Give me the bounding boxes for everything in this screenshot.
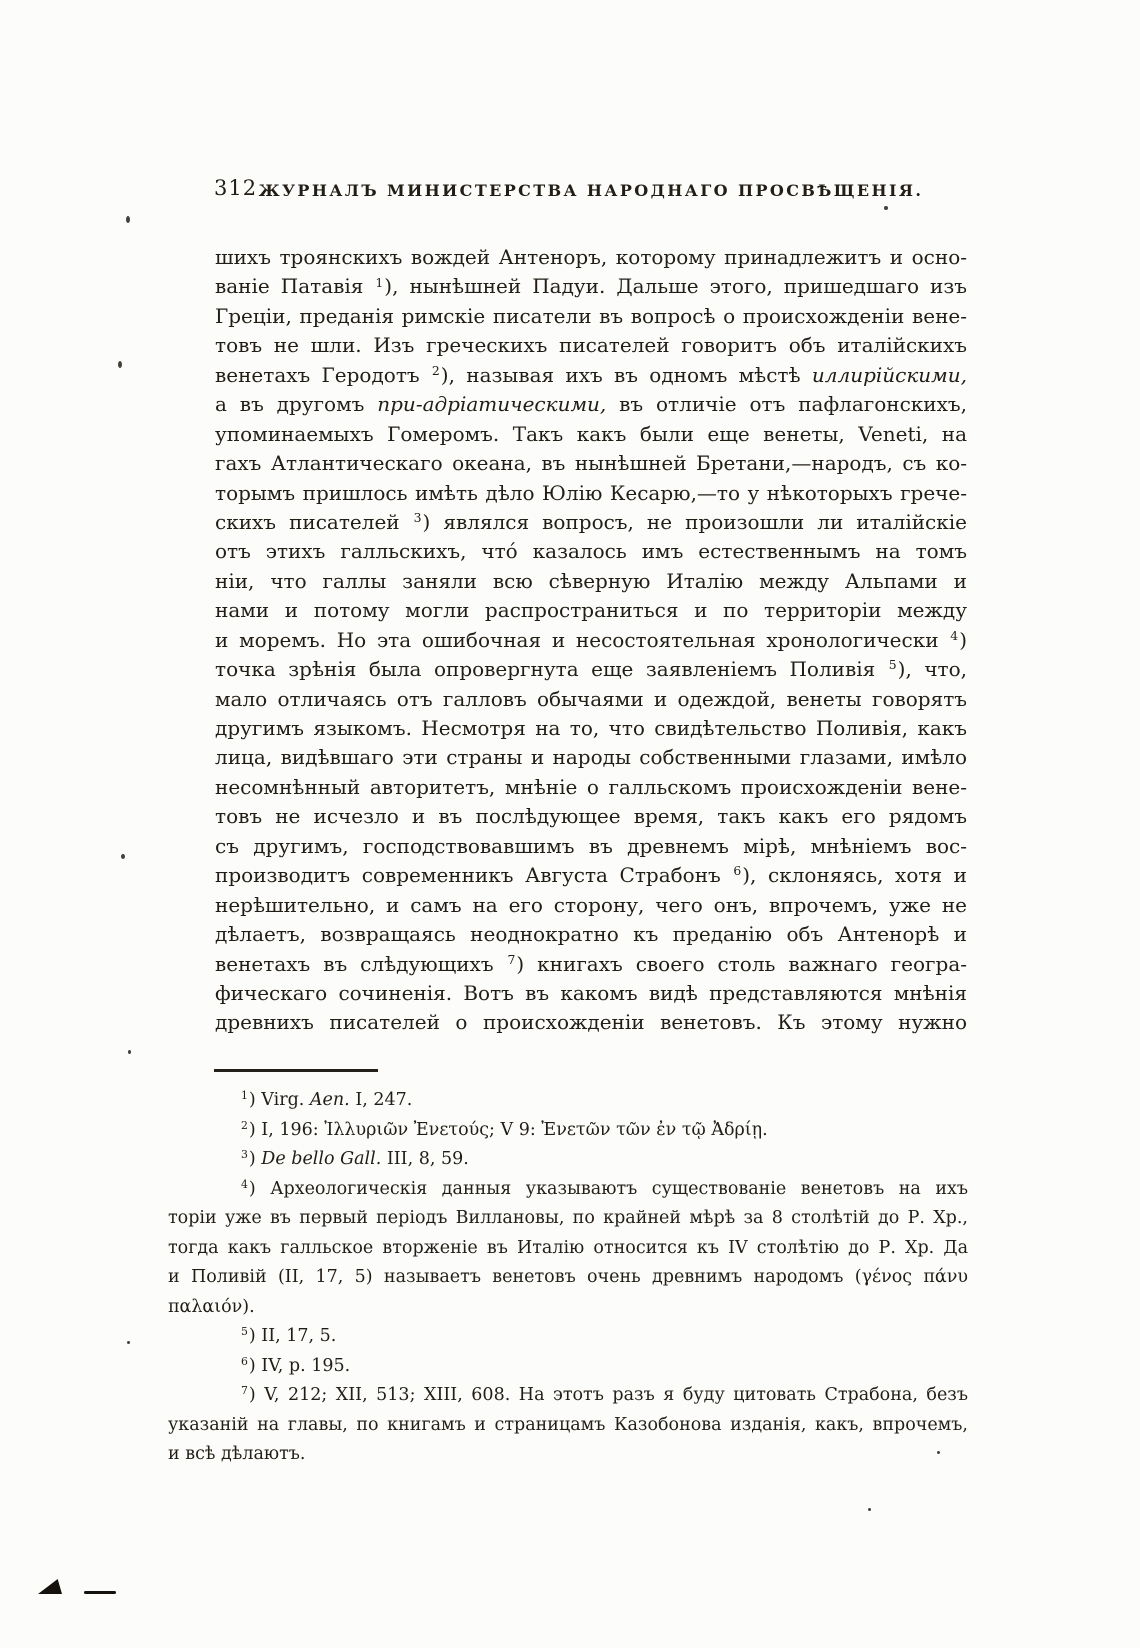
footnote-ref: 5 bbox=[889, 657, 897, 672]
text-segment: скихъ писателей bbox=[215, 510, 413, 534]
footnote-ref: 1 bbox=[375, 275, 383, 290]
scan-speck bbox=[127, 1341, 130, 1344]
text-line: Греціи, преданія римскіе писатели въ воп… bbox=[215, 302, 967, 331]
text-line: скихъ писателей 3) являлся вопросъ, не п… bbox=[215, 508, 967, 537]
text-segment: дѣлаетъ, возвращаясь неоднократно къ пре… bbox=[215, 922, 967, 946]
text-line: другимъ языкомъ. Несмотря на то, что сви… bbox=[215, 714, 967, 743]
text-segment: ), что, bbox=[898, 657, 967, 681]
text-segment: указаній на главы, по книгамъ и страница… bbox=[168, 1415, 968, 1435]
footnote-ref: 1 bbox=[241, 1089, 248, 1102]
text-line: товъ не исчезло и въ послѣдующее время, … bbox=[215, 802, 967, 831]
text-segment: древнихъ писателей о происхожденіи венет… bbox=[215, 1010, 967, 1034]
text-segment: лица, видѣвшаго эти страны и народы собс… bbox=[215, 745, 967, 769]
text-line: 1) Virg. Aen. I, 247. bbox=[168, 1086, 968, 1116]
text-segment: нерѣшительно, и самъ на его сторону, чег… bbox=[215, 893, 967, 917]
footnote-ref: 6 bbox=[733, 863, 741, 878]
text-line: точка зрѣнія была опровергнута еще заявл… bbox=[215, 655, 967, 684]
text-segment: товъ не шли. Изъ греческихъ писателей го… bbox=[215, 333, 967, 357]
footnote-ref: 5 bbox=[241, 1325, 248, 1338]
text-segment: торымъ пришлось имѣть дѣло Юлію Кесарю,—… bbox=[215, 481, 967, 505]
text-line: венетахъ Геродотъ 2), называя ихъ въ одн… bbox=[215, 361, 967, 390]
text-segment: и Поливій (II, 17, 5) называетъ венетовъ… bbox=[168, 1267, 968, 1287]
text-segment: ) Археологическія данныя указываютъ суще… bbox=[240, 1179, 968, 1205]
text-segment: ), нынѣшней Падуи. Дальше этого, пришедш… bbox=[384, 274, 967, 298]
footnote-ref: 3 bbox=[414, 510, 422, 525]
footnote-ref: 7 bbox=[508, 952, 516, 967]
text-segment: ) I, 196: Ἰλλυριῶν Ἐνετούς; V 9: Ἐνετῶν … bbox=[249, 1120, 768, 1140]
footnote-ref: 4 bbox=[241, 1178, 248, 1191]
text-segment: иллирійскими, bbox=[812, 363, 967, 387]
text-line: ваніе Патавія 1), нынѣшней Падуи. Дальше… bbox=[215, 272, 967, 301]
text-segment: и моремъ. Но эта ошибочная и несостоятел… bbox=[215, 628, 949, 652]
text-line: 6) IV, p. 195. bbox=[168, 1352, 968, 1382]
text-line: тогда какъ галльское вторженіе въ Италію… bbox=[168, 1234, 968, 1264]
text-segment: Греціи, преданія римскіе писатели въ воп… bbox=[215, 304, 967, 328]
text-segment: ваніе Патавія bbox=[215, 274, 374, 298]
text-line: нами и потому могли распространиться и п… bbox=[215, 596, 967, 625]
scanned-page: 312 ЖУРНАЛЪ МИНИСТЕРСТВА НАРОДНАГО ПРОСВ… bbox=[0, 0, 1140, 1648]
text-segment: мало отличаясь отъ галловъ обычаями и од… bbox=[215, 687, 967, 711]
text-segment: παλαιόν). bbox=[168, 1297, 255, 1317]
text-segment: въ отличіе отъ пафлагонскихъ, bbox=[606, 392, 967, 416]
text-segment: гахъ Атлантическаго океана, въ нынѣшней … bbox=[215, 451, 967, 475]
footnote-divider bbox=[214, 1069, 378, 1072]
text-line: древнихъ писателей о происхожденіи венет… bbox=[215, 1008, 967, 1037]
text-line: и моремъ. Но эта ошибочная и несостоятел… bbox=[215, 626, 967, 655]
text-segment: а въ другомъ bbox=[215, 392, 377, 416]
footnote-ref: 6 bbox=[241, 1355, 248, 1368]
scan-speck bbox=[884, 206, 888, 210]
text-line: товъ не шли. Изъ греческихъ писателей го… bbox=[215, 331, 967, 360]
text-line: 3) De bello Gall. III, 8, 59. bbox=[168, 1145, 968, 1175]
text-segment: III, 8, 59. bbox=[381, 1149, 469, 1169]
text-line: и Поливій (II, 17, 5) называетъ венетовъ… bbox=[168, 1263, 968, 1293]
text-line: лица, видѣвшаго эти страны и народы собс… bbox=[215, 743, 967, 772]
text-line: 2) I, 196: Ἰλλυριῶν Ἐνετούς; V 9: Ἐνετῶν… bbox=[168, 1116, 968, 1146]
text-line: указаній на главы, по книгамъ и страница… bbox=[168, 1411, 968, 1441]
scan-speck bbox=[121, 854, 125, 859]
text-line: производитъ современникъ Августа Страбон… bbox=[215, 861, 967, 890]
footnote-ref: 2 bbox=[432, 363, 440, 378]
text-line: и всѣ дѣлаютъ. bbox=[168, 1440, 968, 1470]
text-segment: ) bbox=[249, 1149, 261, 1169]
text-line: съ другимъ, господствовавшимъ въ древнем… bbox=[215, 832, 967, 861]
text-segment: ), склоняясь, хотя и bbox=[742, 863, 967, 887]
text-segment: тогда какъ галльское вторженіе въ Италію… bbox=[168, 1238, 968, 1258]
text-segment: нами и потому могли распространиться и п… bbox=[215, 598, 967, 625]
text-segment: ) IV, p. 195. bbox=[249, 1356, 350, 1376]
text-segment: при-адріатическими, bbox=[377, 392, 606, 416]
footnote-ref: 7 bbox=[241, 1384, 248, 1397]
text-line: нерѣшительно, и самъ на его сторону, чег… bbox=[215, 891, 967, 920]
footnote-ref: 4 bbox=[950, 628, 958, 643]
text-segment: ) книгахъ своего столь важнаго геогра- bbox=[516, 952, 967, 976]
text-segment: торіи уже въ первый періодъ Виллановы, п… bbox=[168, 1208, 968, 1228]
text-segment: ) II, 17, 5. bbox=[249, 1326, 336, 1346]
text-segment: ) Virg. bbox=[249, 1090, 310, 1110]
footnotes: 1) Virg. Aen. I, 247.2) I, 196: Ἰλλυριῶν… bbox=[168, 1086, 968, 1470]
text-segment: I, 247. bbox=[350, 1090, 413, 1110]
text-segment: венетахъ въ слѣдующихъ bbox=[215, 952, 507, 976]
text-segment: и всѣ дѣлаютъ. bbox=[168, 1444, 306, 1464]
scan-speck bbox=[126, 216, 130, 223]
text-line: а въ другомъ при-адріатическими, въ отли… bbox=[215, 390, 967, 419]
text-segment: венетахъ Геродотъ bbox=[215, 363, 431, 387]
body-text: шихъ троянскихъ вождей Антеноръ, котором… bbox=[215, 243, 967, 1038]
scan-mark-triangle bbox=[38, 1579, 62, 1594]
text-segment: ) bbox=[959, 628, 967, 652]
journal-header-title: ЖУРНАЛЪ МИНИСТЕРСТВА НАРОДНАГО ПРОСВѢЩЕН… bbox=[215, 181, 967, 200]
text-segment: De bello Gall. bbox=[261, 1149, 381, 1169]
text-segment: ніи, что галлы заняли всю сѣверную Италі… bbox=[215, 569, 967, 596]
text-line: дѣлаетъ, возвращаясь неоднократно къ пре… bbox=[215, 920, 967, 949]
text-segment: товъ не исчезло и въ послѣдующее время, … bbox=[215, 804, 967, 828]
footnote-ref: 2 bbox=[241, 1119, 248, 1132]
text-line: венетахъ въ слѣдующихъ 7) книгахъ своего… bbox=[215, 950, 967, 979]
text-segment: отъ этихъ галльскихъ, чтó казалось имъ е… bbox=[215, 539, 967, 566]
scan-speck bbox=[868, 1508, 871, 1511]
text-line: несомнѣнный авторитетъ, мнѣніе о галльск… bbox=[215, 773, 967, 802]
text-segment: ) V, 212; XII, 513; XIII, 608. На этотъ … bbox=[249, 1385, 968, 1405]
text-segment: другимъ языкомъ. Несмотря на то, что сви… bbox=[215, 716, 967, 740]
text-line: 4) Археологическія данныя указываютъ сущ… bbox=[168, 1175, 968, 1205]
footnote-ref: 3 bbox=[241, 1148, 248, 1161]
text-segment: упоминаемыхъ Гомеромъ. Такъ какъ были ещ… bbox=[215, 422, 967, 449]
text-line: упоминаемыхъ Гомеромъ. Такъ какъ были ещ… bbox=[215, 420, 967, 449]
text-segment: шихъ троянскихъ вождей Антеноръ, котором… bbox=[215, 245, 967, 269]
text-segment: точка зрѣнія была опровергнута еще заявл… bbox=[215, 657, 888, 681]
text-line: ніи, что галлы заняли всю сѣверную Италі… bbox=[215, 567, 967, 596]
scan-speck bbox=[118, 361, 122, 368]
text-segment: несомнѣнный авторитетъ, мнѣніе о галльск… bbox=[215, 775, 967, 799]
text-segment: фическаго сочиненія. Вотъ въ какомъ видѣ… bbox=[215, 981, 967, 1005]
text-segment: ), называя ихъ въ одномъ мѣстѣ bbox=[441, 363, 812, 387]
text-line: παλαιόν). bbox=[168, 1293, 968, 1323]
text-line: отъ этихъ галльскихъ, чтó казалось имъ е… bbox=[215, 537, 967, 566]
text-line: 5) II, 17, 5. bbox=[168, 1322, 968, 1352]
text-segment: производитъ современникъ Августа Страбон… bbox=[215, 863, 732, 887]
text-line: торіи уже въ первый періодъ Виллановы, п… bbox=[168, 1204, 968, 1234]
scan-mark-dash bbox=[84, 1591, 116, 1594]
scan-speck bbox=[128, 1050, 131, 1054]
text-segment: съ другимъ, господствовавшимъ въ древнем… bbox=[215, 834, 967, 858]
scan-speck bbox=[937, 1451, 940, 1454]
text-line: шихъ троянскихъ вождей Антеноръ, котором… bbox=[215, 243, 967, 272]
text-line: гахъ Атлантическаго океана, въ нынѣшней … bbox=[215, 449, 967, 478]
text-line: торымъ пришлось имѣть дѣло Юлію Кесарю,—… bbox=[215, 479, 967, 508]
text-line: 7) V, 212; XII, 513; XIII, 608. На этотъ… bbox=[168, 1381, 968, 1411]
text-segment: Aen. bbox=[310, 1090, 350, 1110]
text-line: фическаго сочиненія. Вотъ въ какомъ видѣ… bbox=[215, 979, 967, 1008]
text-line: мало отличаясь отъ галловъ обычаями и од… bbox=[215, 685, 967, 714]
